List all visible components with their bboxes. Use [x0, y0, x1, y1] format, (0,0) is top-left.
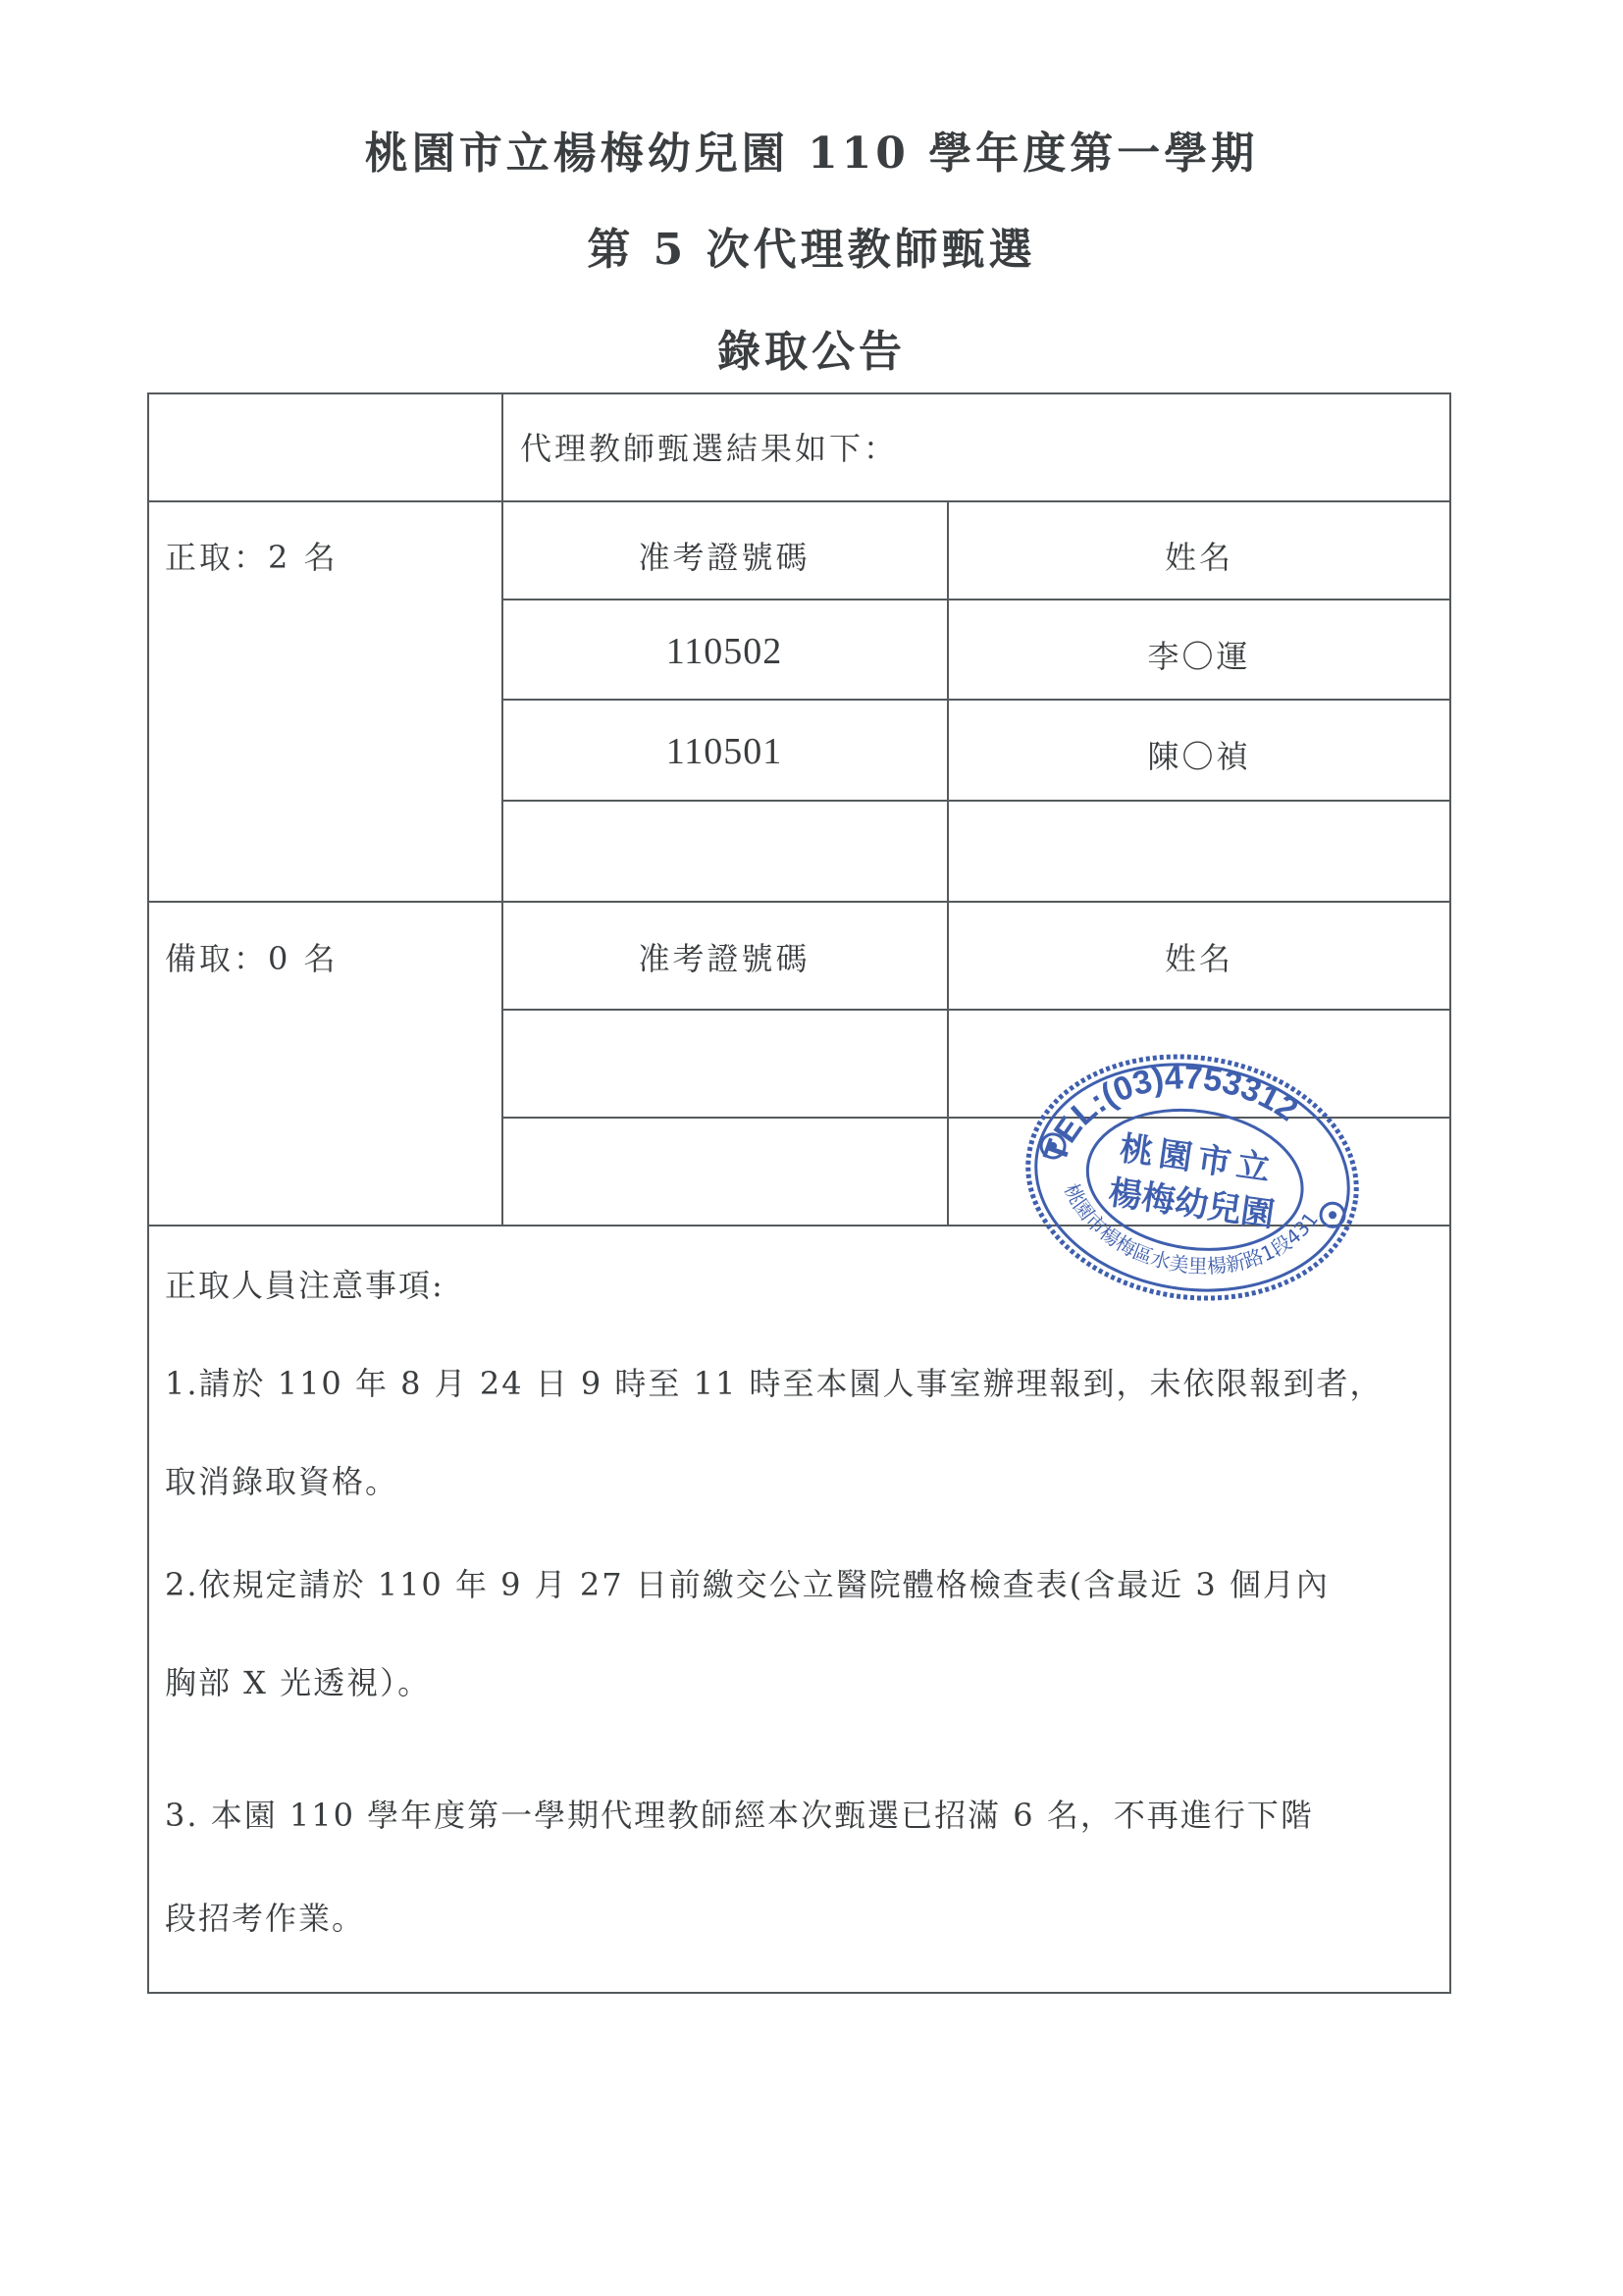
note-line: 取消錄取資格。 [165, 1457, 398, 1502]
waitlist-count-label: 備取：0 名 [165, 934, 339, 979]
table-divider [501, 599, 1451, 600]
plum-blossom-icon [1320, 1202, 1346, 1228]
table-divider [147, 901, 1451, 903]
admitted-count-label: 正取：2 名 [165, 533, 339, 578]
official-seal-stamp: TEL:(03)4753312 桃園市楊梅區水美里楊新路1段431號 桃園市立 … [1005, 1027, 1381, 1328]
table-divider [501, 1009, 1451, 1011]
waitlist-col-name-header: 姓名 [947, 934, 1451, 979]
note-line: 段招考作業。 [165, 1894, 365, 1939]
note-line: 3. 本園 110 學年度第一學期代理教師經本次甄選已招滿 6 名，不再進行下階 [165, 1791, 1314, 1836]
document-heading: 錄取公告 [0, 316, 1623, 379]
note-line: 2.依規定請於 110 年 9 月 27 日前繳交公立醫院體格檢查表(含最近 3… [165, 1560, 1330, 1605]
document-title: 桃園市立楊梅幼兒園 110 學年度第一學期 [0, 118, 1623, 181]
notes-heading: 正取人員注意事項: [165, 1261, 445, 1306]
waitlist-col-id-header: 准考證號碼 [501, 934, 947, 979]
table-divider [501, 392, 503, 1225]
table-divider [147, 500, 1451, 502]
admitted-row-1-name: 李〇運 [947, 632, 1451, 677]
table-divider [501, 800, 1451, 802]
admitted-row-2-name: 陳〇禎 [947, 732, 1451, 777]
intro-text: 代理教師甄選結果如下： [520, 424, 898, 469]
table-divider [501, 699, 1451, 701]
note-line: 胸部 X 光透視）。 [165, 1658, 431, 1703]
note-line: 1.請於 110 年 8 月 24 日 9 時至 11 時至本園人事室辦理報到，… [165, 1359, 1384, 1404]
admitted-row-1-id: 110502 [501, 630, 947, 673]
admitted-row-2-id: 110501 [501, 730, 947, 773]
admitted-col-name-header: 姓名 [947, 533, 1451, 578]
document-subtitle: 第 5 次代理教師甄選 [0, 214, 1623, 277]
admitted-col-id-header: 准考證號碼 [501, 533, 947, 578]
table-divider [947, 500, 949, 1225]
